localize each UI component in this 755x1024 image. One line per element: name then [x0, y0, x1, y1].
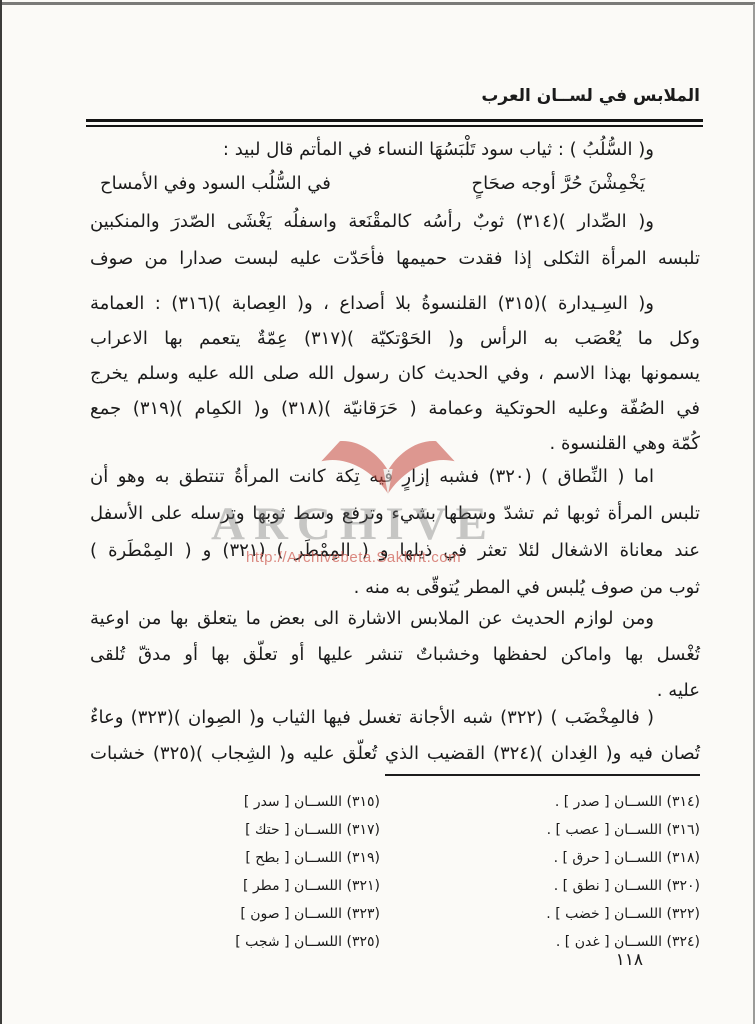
paragraph-sidar: و( الصِّدار )(٣١٤) ثوبٌ رأسُه كالمقْنَعة… — [90, 203, 700, 277]
header-double-rule — [86, 119, 703, 127]
paragraph-sidara-line-3: يسمونها بهذا الاسم ، وفي الحديث كان رسول… — [90, 356, 700, 391]
paragraph-sulub-line: و( السُّلُبُ ) : ثياب سود تَلْبَسُهَا ال… — [90, 132, 700, 168]
page-number: ١١٨ — [616, 950, 643, 970]
footnote-entry: (٣١٥) اللســان [ سدر ] — [148, 788, 380, 816]
scanned-book-page: الملابس في لســان العرب و( السُّلُبُ ) :… — [0, 0, 755, 1024]
verse-line: يَخْمِشْنَ حُرَّ أوجه صحَاحٍ في السُّلُب… — [100, 166, 645, 202]
footnotes-separator — [385, 774, 700, 776]
footnotes-block: (٣١٤) اللســان [ صدر ] . (٣١٥) اللســان … — [148, 788, 700, 956]
footnote-entry: (٣١٩) اللســان [ بطح ] — [148, 844, 380, 872]
footnote-entry: (٣٢٤) اللســان [ غدن ] . — [380, 928, 700, 956]
paragraph-nitaq-line-1: اما ( النِّطاق ) (٣٢٠) فشبه إزارٍ فيه تِ… — [90, 458, 700, 495]
paragraph-lawazim-line-1: ومن لوازم الحديث عن الملابس الاشارة الى … — [90, 601, 700, 637]
paragraph-sidara-line-5: كُمّة وهي القلنسوة . — [90, 426, 700, 461]
paragraph-sidar-line-1: و( الصِّدار )(٣١٤) ثوبٌ رأسُه كالمقْنَعة… — [90, 203, 700, 240]
paragraph-sidara: و( السِـيدارة )(٣١٥) القلنسوةُ بلا أصداع… — [90, 286, 700, 461]
verse-right-hemistich: يَخْمِشْنَ حُرَّ أوجه صحَاحٍ — [472, 166, 646, 202]
paragraph-nitaq-line-2: تلبس المرأة ثوبها ثم تشدّ وسطها بشيء وتر… — [90, 495, 700, 532]
footnote-entry: (٣١٨) اللســان [ حرق ] . — [380, 844, 700, 872]
scan-edge-top — [0, 2, 755, 5]
paragraph-sidara-line-1: و( السِـيدارة )(٣١٥) القلنسوةُ بلا أصداع… — [90, 286, 700, 321]
footnote-entry: (٣١٧) اللســان [ حتك ] — [148, 816, 380, 844]
paragraph-nitaq-line-3: عند معاناة الاشغال لئلا تعثر في ذيلها و … — [90, 532, 700, 569]
paragraph-lawazim: ومن لوازم الحديث عن الملابس الاشارة الى … — [90, 601, 700, 709]
paragraph-mikhdab-line-2: تُصان فيه و( الغِدان )(٣٢٤) القضيب الذي … — [90, 736, 700, 772]
footnote-entry: (٣٢٣) اللســان [ صون ] — [148, 900, 380, 928]
footnote-entry: (٣١٦) اللســان [ عصب ] . — [380, 816, 700, 844]
paragraph-sidara-line-4: في الصُفّة وعليه الحوتكية وعمامة ( حَرَق… — [90, 391, 700, 426]
footnote-entry: (٣٢٢) اللســان [ خضب ] . — [380, 900, 700, 928]
paragraph-sidara-line-2: وكل ما يُعْصَب به الرأس و( الحَوْتكيّة )… — [90, 321, 700, 356]
paragraph-lawazim-line-2: تُغْسل بها واماكن لحفظها وخشباتٌ تنشر عل… — [90, 637, 700, 673]
paragraph-nitaq: اما ( النِّطاق ) (٣٢٠) فشبه إزارٍ فيه تِ… — [90, 458, 700, 606]
paragraph-mikhdab: ( فالمِخْضَب ) (٣٢٢) شبه الأجانة تغسل في… — [90, 700, 700, 772]
footnote-entry: (٣٢١) اللســان [ مطر ] — [148, 872, 380, 900]
footnote-entry: (٣١٤) اللســان [ صدر ] . — [380, 788, 700, 816]
footnote-entry: (٣٢٠) اللســان [ نطق ] . — [380, 872, 700, 900]
paragraph-sidar-line-2: تلبسه المرأة الثكلى إذا فقدت حميمها فأحَ… — [90, 240, 700, 277]
verse-left-hemistich: في السُّلُب السود وفي الأمساح — [100, 166, 331, 202]
footnote-entry: (٣٢٥) اللســان [ شجب ] — [148, 928, 380, 956]
page-header-title: الملابس في لســان العرب — [481, 86, 700, 106]
paragraph-mikhdab-line-1: ( فالمِخْضَب ) (٣٢٢) شبه الأجانة تغسل في… — [90, 700, 700, 736]
scan-edge-left — [0, 0, 2, 1024]
paragraph-sulub: و( السُّلُبُ ) : ثياب سود تَلْبَسُهَا ال… — [90, 132, 700, 168]
